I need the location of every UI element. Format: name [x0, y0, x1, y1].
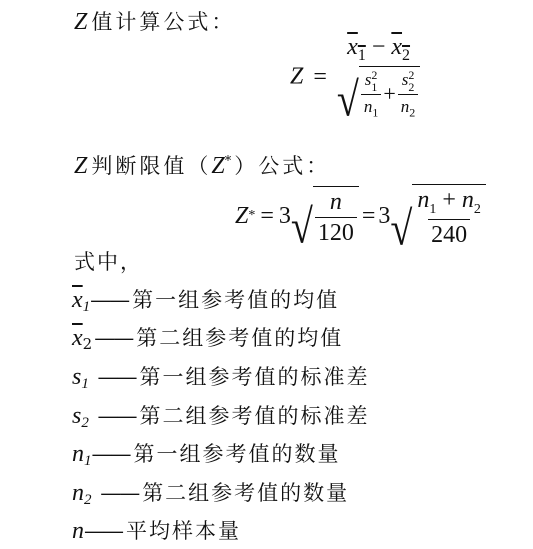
def-sub: 2 [81, 415, 89, 431]
def-sub: 2 [84, 492, 92, 508]
zstar-lhs: Z [235, 203, 248, 230]
z-var: Z [74, 153, 87, 179]
plus: + [383, 81, 395, 107]
z-var: Z [74, 9, 87, 35]
def-symbol: x [72, 325, 83, 351]
n1-sub: 1 [372, 105, 378, 119]
z-limit-heading: Z判断限值（Z*）公式： [74, 150, 330, 180]
def-dash: —— [98, 404, 136, 428]
sqrt-2: √n1 + n2240 [390, 184, 486, 249]
def-dash: —— [84, 519, 122, 543]
def-dash: —— [90, 288, 128, 312]
def-desc: 第二组参考值的数量 [142, 481, 349, 505]
def-symbol: s [72, 364, 81, 390]
frac1-num: n [327, 189, 345, 217]
frac1-den: 120 [315, 217, 357, 247]
s2: s [402, 70, 409, 89]
equals-2: = [362, 203, 376, 230]
definition-s2: s2 ——第二组参考值的标准差 [72, 400, 370, 432]
def-dash: —— [92, 442, 130, 466]
def-symbol: x [72, 287, 83, 313]
def-desc: 第二组参考值的标准差 [140, 404, 370, 428]
z-star-formula: Z* = 3 √n120 = 3 √n1 + n2240 [235, 184, 486, 249]
n2-sub: 2 [474, 202, 481, 217]
s2-sub: 2 [408, 81, 414, 93]
definition-n1: n1——第一组参考值的数量 [72, 438, 341, 470]
definition-n: n——平均样本量 [72, 515, 241, 545]
def-symbol: n [72, 518, 84, 544]
def-symbol: n [72, 441, 84, 467]
n2: n [401, 97, 410, 116]
n2: n [462, 187, 474, 213]
def-desc: 平均样本量 [126, 519, 241, 543]
z-formula-heading: Z值计算公式： [74, 6, 235, 36]
def-symbol: n [72, 480, 84, 506]
heading-text: 值计算公式： [91, 10, 235, 34]
x1: x [347, 34, 358, 60]
def-sub: 2 [83, 335, 95, 353]
heading-text-after: ）公式： [234, 154, 330, 178]
where-label: 式中， [74, 246, 143, 276]
star-sup: * [225, 154, 235, 169]
s1: s [365, 70, 372, 89]
definition-s1: s1 ——第一组参考值的标准差 [72, 361, 370, 393]
def-sub: 1 [81, 376, 89, 392]
def-dash: —— [100, 481, 138, 505]
s2-sup: 2 [408, 69, 414, 81]
minus: − [372, 34, 386, 60]
z-lhs: Z [290, 64, 303, 90]
equals: = [313, 64, 327, 90]
def-symbol: s [72, 403, 81, 429]
sqrt-1: √n120 [291, 186, 359, 247]
z-formula: Z = x1 − x2 √ s21n1 + s22n2 [290, 34, 420, 120]
def-desc: 第二组参考值的均值 [136, 326, 343, 350]
coef-2: 3 [378, 203, 390, 230]
def-desc: 第一组参考值的标准差 [140, 365, 370, 389]
definition-x2: x2——第二组参考值的均值 [72, 322, 343, 353]
equals: = [260, 203, 274, 230]
sqrt-sign: √ [337, 76, 359, 124]
plus: + [442, 187, 456, 213]
def-sub: 1 [84, 453, 92, 469]
def-desc: 第一组参考值的数量 [134, 442, 341, 466]
n2-sub: 2 [409, 105, 415, 119]
definition-n2: n2 ——第二组参考值的数量 [72, 477, 349, 509]
heading-text-before: 判断限值（ [91, 154, 211, 178]
n1: n [417, 187, 429, 213]
z-star-var: Z [211, 153, 224, 179]
x2-sub: 2 [402, 47, 410, 64]
def-dash: —— [98, 365, 136, 389]
coef: 3 [279, 203, 291, 230]
z-fraction: x1 − x2 √ s21n1 + s22n2 [337, 34, 420, 120]
s1-sub: 1 [371, 81, 377, 93]
s1-sup: 2 [371, 69, 377, 81]
z-numerator: x1 − x2 [344, 34, 413, 66]
frac2-den: 240 [428, 219, 470, 249]
x1-sub: 1 [358, 47, 366, 64]
def-dash: —— [94, 326, 132, 350]
zstar-sup: * [248, 208, 255, 224]
x2: x [391, 34, 402, 60]
n1-sub: 1 [429, 202, 436, 217]
def-desc: 第一组参考值的均值 [132, 288, 339, 312]
definition-x1: x1——第一组参考值的均值 [72, 284, 339, 316]
z-denominator-sqrt: √ s21n1 + s22n2 [337, 66, 420, 120]
